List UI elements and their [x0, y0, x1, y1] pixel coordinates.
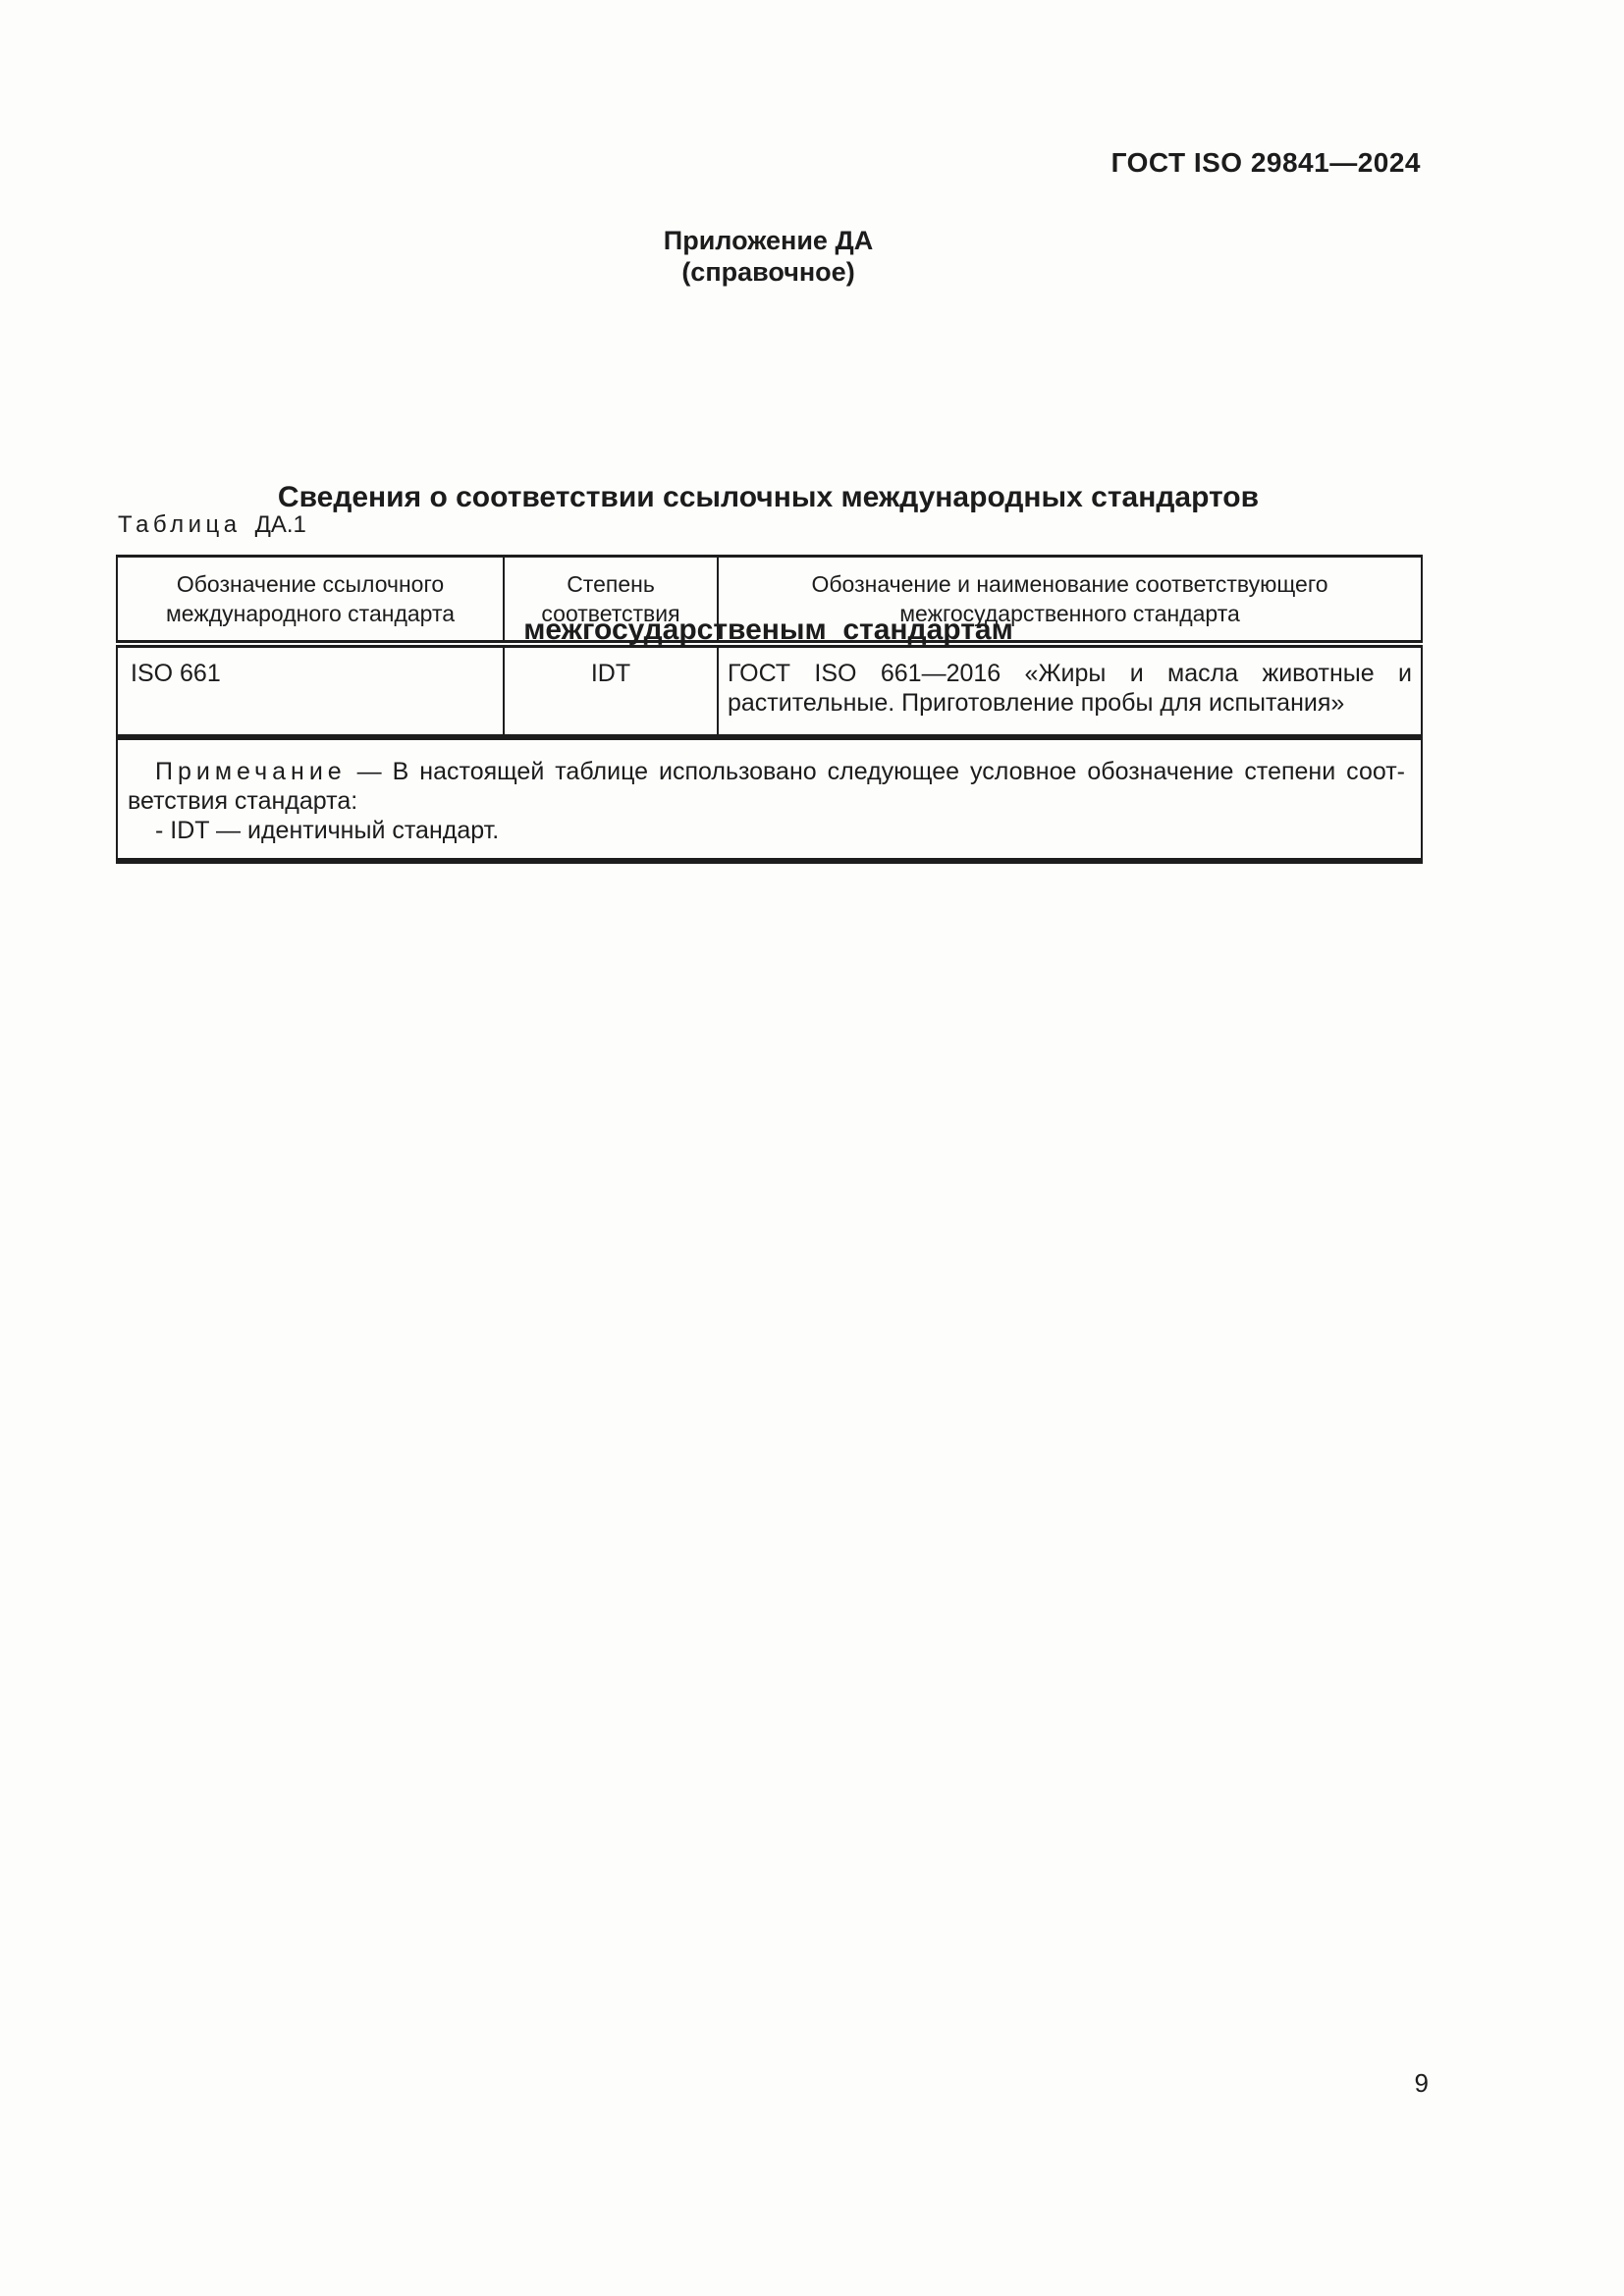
cell-degree: IDT — [504, 644, 718, 737]
page-content: ГОСТ ISO 29841—2024 Приложение ДА (справ… — [116, 0, 1421, 2296]
correspondence-table: Обозначение ссылочного международного ст… — [116, 555, 1423, 864]
table-caption: ТаблицаДА.1 — [118, 511, 306, 539]
annex-title: Приложение ДА — [116, 225, 1421, 256]
cell-matching-standard: ГОСТ ISO 661—2016 «Жиры и масла животные… — [718, 644, 1422, 737]
annex-subtitle: (справочное) — [116, 256, 1421, 288]
annex-block: Приложение ДА (справочное) — [116, 225, 1421, 288]
section-title-line1: Сведения о соответствии ссылочных междун… — [116, 475, 1421, 519]
page-number: 9 — [1415, 2068, 1429, 2098]
document-page: ГОСТ ISO 29841—2024 Приложение ДА (справ… — [0, 0, 1624, 2296]
table-caption-word: Таблица — [118, 511, 242, 538]
running-header: ГОСТ ISO 29841—2024 — [116, 147, 1421, 179]
table-note-row: Примечание — В настоящей таблице использ… — [117, 737, 1422, 861]
note-line1-rest: — В настоящей таблице использовано следу… — [347, 758, 1405, 785]
note-line1: Примечание — В настоящей таблице использ… — [128, 757, 1405, 786]
cell-reference-standard: ISO 661 — [117, 644, 504, 737]
table-row: ISO 661 IDT ГОСТ ISO 661—2016 «Жиры и ма… — [117, 644, 1422, 737]
matching-standard-line1: ГОСТ ISO 661—2016 «Жиры и масла животные… — [728, 659, 1412, 688]
table-header-row: Обозначение ссылочного международного ст… — [117, 557, 1422, 645]
table-caption-number: ДА.1 — [255, 511, 306, 538]
column-header-matching-standard: Обозначение и наименование соответствующ… — [718, 557, 1422, 645]
column-header-degree: Степень соответствия — [504, 557, 718, 645]
table-note: Примечание — В настоящей таблице использ… — [117, 737, 1422, 861]
column-header-reference-standard: Обозначение ссылочного международного ст… — [117, 557, 504, 645]
note-line2: ветствия стандарта: — [128, 786, 1405, 816]
matching-standard-line2: растительные. Приготовление пробы для ис… — [728, 688, 1412, 718]
note-label: Примечание — [155, 758, 347, 785]
note-item: - IDT — идентичный стандарт. — [128, 816, 1405, 845]
